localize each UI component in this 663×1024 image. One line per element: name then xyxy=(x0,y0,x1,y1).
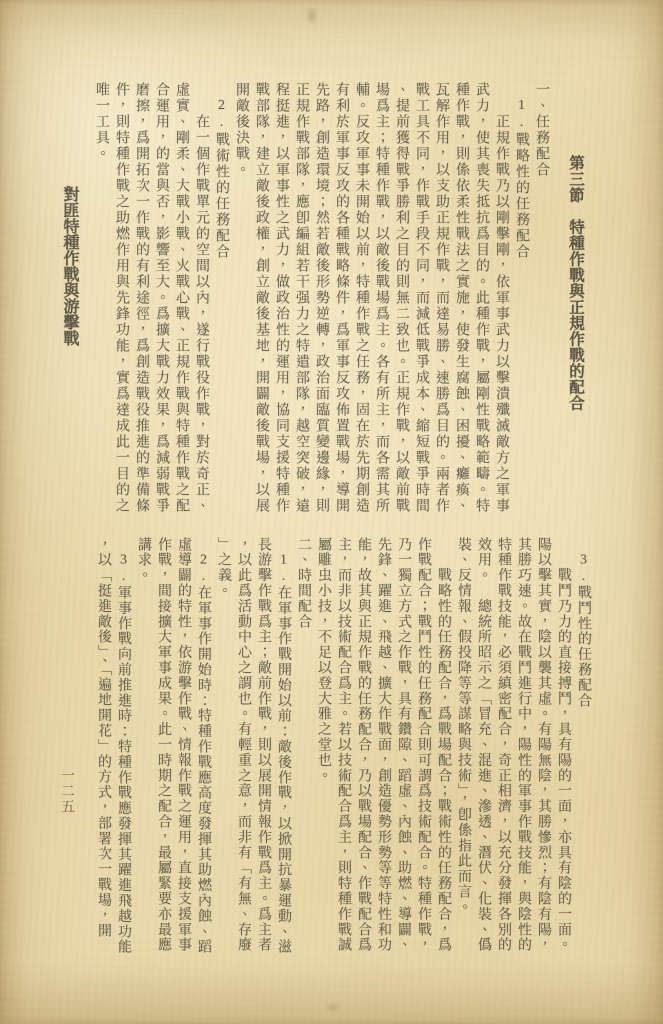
body-text-block-2: 3.戰鬥性的任務配合 戰鬥乃力的直接搏鬥，具有陽的一面，亦具有陰的一面。 陽以擊… xyxy=(93,537,593,955)
page-number: 一二五 xyxy=(57,768,75,815)
body-text-block-1: 一、任務配合 1.戰略性的任務配合 正規作戰乃以剛擊剛，依軍事武力以擊潰殲滅敵方… xyxy=(91,82,551,514)
margin-book-title: 對匪特種作戰與游擊戰 xyxy=(59,186,79,346)
scanned-page: 第三節 特種作戰與正規作戰的配合 一、任務配合 1.戰略性的任務配合 正規作戰乃… xyxy=(0,0,663,1024)
section-heading: 第三節 特種作戰與正規作戰的配合 xyxy=(566,155,585,411)
